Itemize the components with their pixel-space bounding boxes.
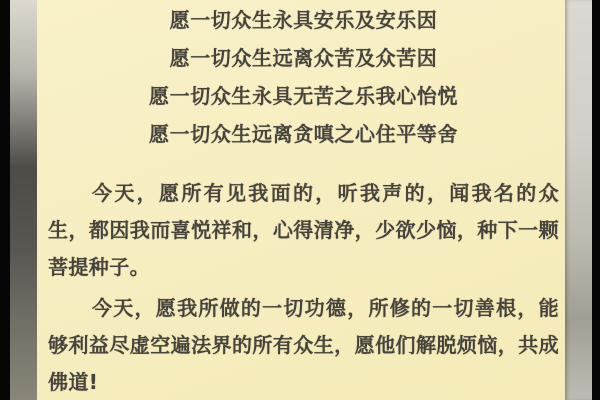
verse-line-2: 愿一切众生远离众苦及众苦因 xyxy=(48,39,559,77)
page-edge-right xyxy=(565,0,592,400)
dedication-paragraph-1: 今天，愿所有见我面的，听我声的，闻我名的众生，都因我而喜悦祥和，心得清净，少欲少… xyxy=(48,175,559,286)
letterboxed-page-photo: 愿一切众生永具安乐及安乐因 愿一切众生远离众苦及众苦因 愿一切众生永具无苦之乐我… xyxy=(0,0,600,400)
dedication-paragraph-2: 今天，愿我所做的一切功德，所修的一切善根，能够利益尽虚空遍法界的所有众生，愿他们… xyxy=(48,290,559,400)
verse-line-3: 愿一切众生永具无苦之乐我心怡悦 xyxy=(48,77,559,115)
verse-line-4: 愿一切众生远离贪嗔之心住平等舍 xyxy=(48,115,559,153)
book-page: 愿一切众生永具安乐及安乐因 愿一切众生远离众苦及众苦因 愿一切众生永具无苦之乐我… xyxy=(37,0,565,400)
page-edge-left xyxy=(10,0,37,400)
verse-line-1: 愿一切众生永具安乐及安乐因 xyxy=(48,1,559,39)
verse-block: 愿一切众生永具安乐及安乐因 愿一切众生远离众苦及众苦因 愿一切众生永具无苦之乐我… xyxy=(48,0,559,153)
